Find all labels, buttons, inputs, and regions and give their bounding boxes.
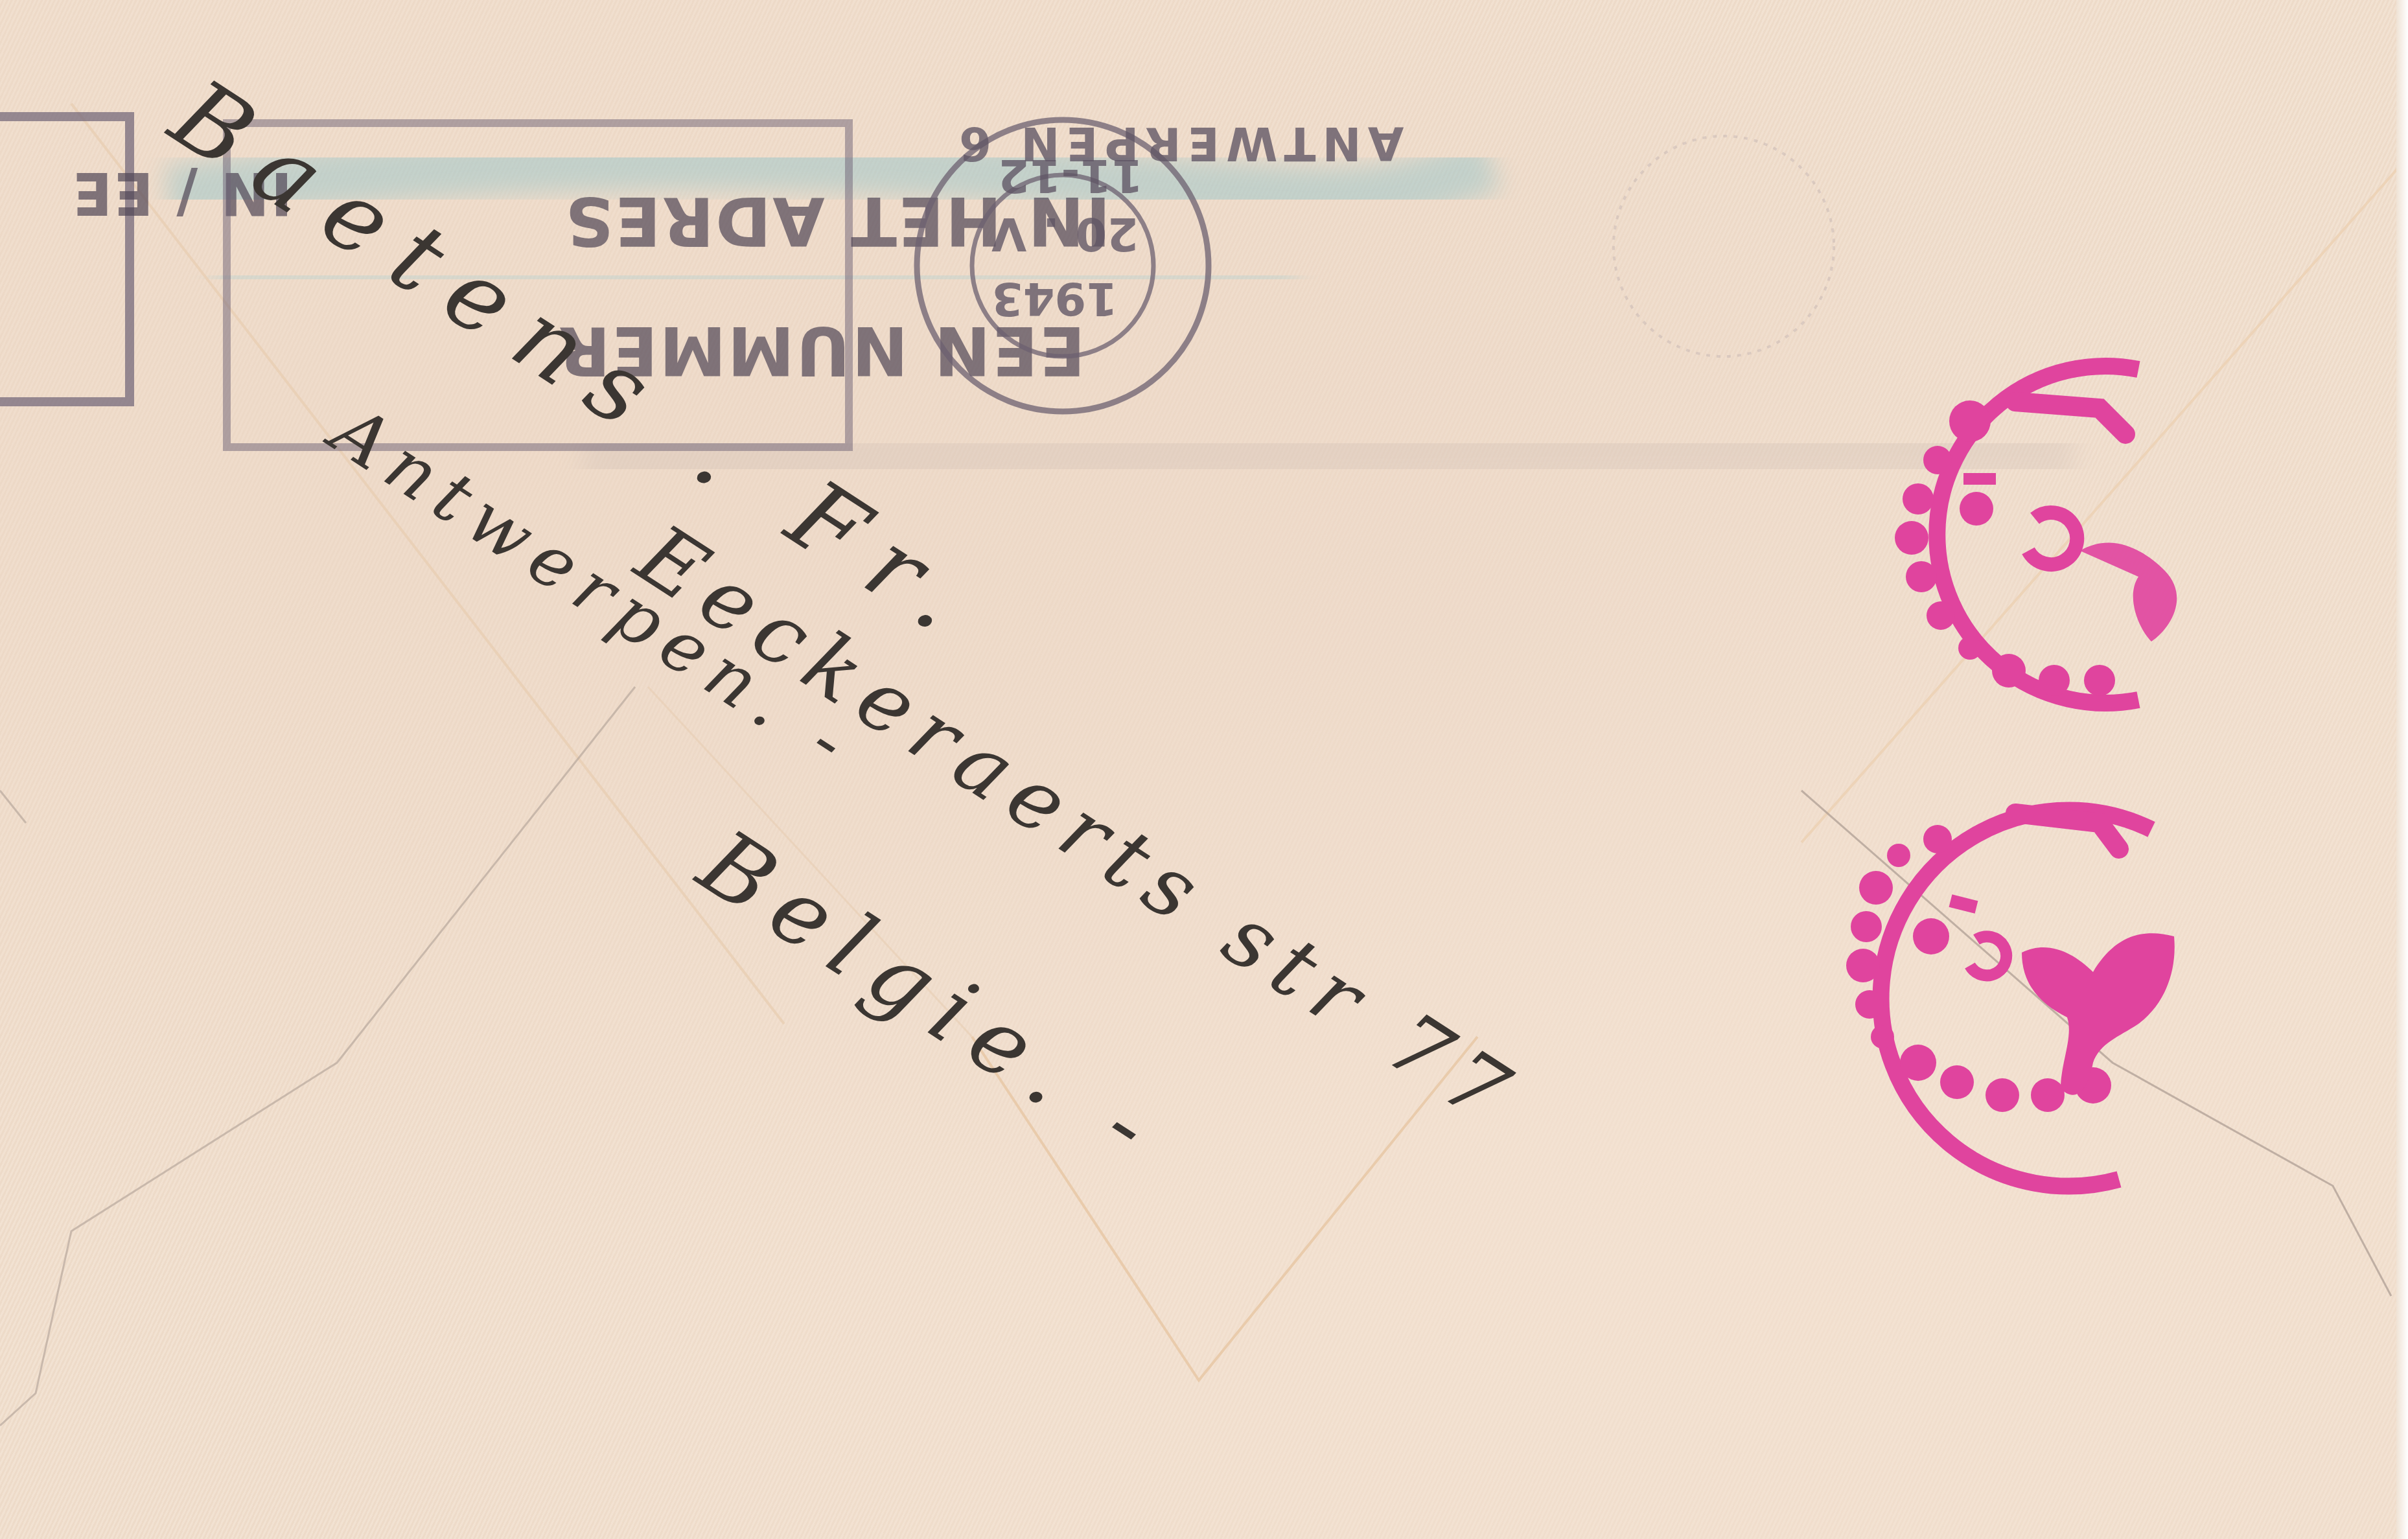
censor-stamp-lower <box>1814 791 2203 1257</box>
ghost-postmark <box>1581 117 1905 376</box>
datestamp-town: ANTWERPEN 6 <box>953 117 1404 171</box>
censor-stamp-upper <box>1866 337 2229 739</box>
datestamp-date: 20 . V <box>991 207 1139 260</box>
datestamp-year: 1943 <box>991 272 1118 325</box>
envelope-right-edge <box>2396 0 2408 1539</box>
envelope-back-scene: IN / EE IN HET ADRES EEN NUMMER 11-12 20… <box>0 0 2408 1539</box>
partial-cancel-box <box>0 104 156 441</box>
